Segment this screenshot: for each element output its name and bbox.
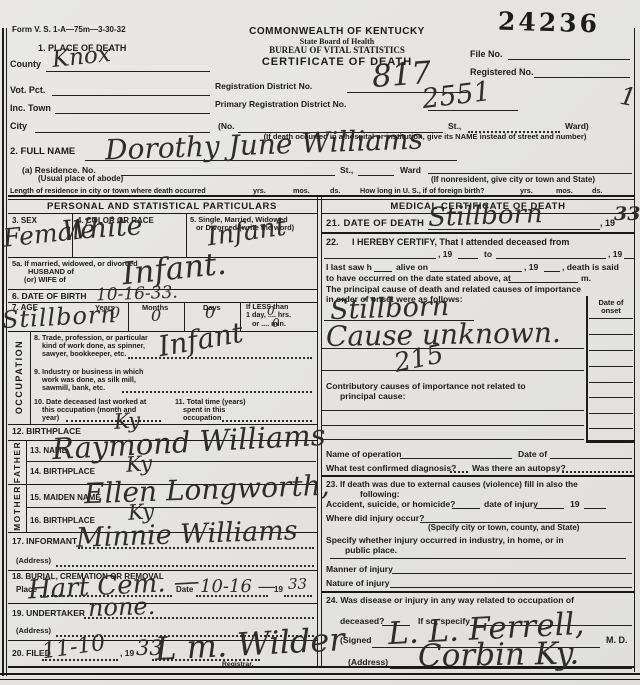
- autopsy-label: Was there an autopsy?: [472, 464, 566, 473]
- age-min-handwriting: 0: [272, 317, 280, 329]
- length-residence-label: Length of residence in city or town wher…: [10, 187, 206, 195]
- vot-pct-line: [52, 95, 210, 96]
- age-years-divider: [128, 302, 129, 331]
- age-handwriting: Stillborn: [1, 302, 117, 332]
- cause-code-handwriting: 215: [392, 341, 446, 377]
- injury-date-line: [536, 508, 564, 509]
- date-of-death-handwriting: Stillborn: [428, 201, 544, 231]
- table-top-rule-heavy: [8, 195, 635, 197]
- bottom-rule-thin: [0, 679, 640, 680]
- specify-blank-line: [330, 558, 626, 559]
- onset-row-line-1: [589, 318, 633, 319]
- physician-address-handwriting: Corbin Ky.: [418, 639, 580, 673]
- informant-handwriting: Minnie Williams: [76, 517, 298, 552]
- operation-label: Name of operation: [326, 450, 401, 459]
- trade-dots: [128, 357, 312, 359]
- reg-district-label: Registration District No.: [215, 82, 312, 91]
- saw-line2: to have occurred on the date stated abov…: [326, 274, 511, 283]
- age-months-handwriting: 0: [151, 308, 161, 324]
- file-no-line: [508, 59, 630, 60]
- date-of-label: Date of: [518, 450, 547, 459]
- saw-line2-blank: [508, 282, 578, 283]
- father-strip-divider: [26, 440, 27, 484]
- saw-year-printed: , 19: [524, 263, 538, 272]
- certify-year2-line: [624, 258, 634, 259]
- husband-label-line3: (or) WIFE of: [24, 276, 66, 284]
- burial-date-handwriting: 10-16 —: [200, 578, 276, 596]
- operation-line: [400, 458, 512, 459]
- cause-line3: [322, 370, 584, 371]
- certify-text: I HEREBY CERTIFY, That I attended deceas…: [352, 238, 569, 248]
- physician-address-label: (Address): [348, 658, 388, 667]
- undertaker-address-label: (Address): [16, 627, 51, 635]
- injury-year-line: [584, 508, 606, 509]
- md-label: M. D.: [606, 636, 628, 646]
- dod-year-handwriting: 33: [614, 205, 640, 224]
- city-label: City: [10, 122, 27, 132]
- contributory-line3: [322, 439, 584, 440]
- injury-year-printed: 19: [570, 500, 580, 509]
- death-certificate-sheet: Form V. S. 1-A—75m—3-30-32 24236 COMMONW…: [0, 0, 640, 685]
- test-label: What test confirmed diagnosis?: [326, 464, 456, 473]
- residence-ward-line: [428, 173, 632, 174]
- external-label-line1: 23. If death was due to external causes …: [326, 480, 578, 489]
- rule-under-autopsy: [322, 475, 634, 477]
- rule-under-21: [322, 232, 634, 234]
- primary-district-label: Primary Registration District No.: [215, 100, 346, 109]
- saw-blank1: [374, 271, 392, 272]
- inc-town-label: Inc. Town: [10, 104, 51, 114]
- date-of-death-label: 21. DATE OF DEATH: [326, 219, 424, 229]
- length-yrs-label: yrs.: [253, 187, 266, 195]
- onset-box-divider: [586, 296, 588, 442]
- us-mos-label: mos.: [556, 187, 573, 195]
- us-ds-label: ds.: [592, 187, 602, 195]
- residence-ward-label: Ward: [400, 166, 421, 175]
- dod-year-printed: , 19: [600, 219, 615, 229]
- informant-label: 17. INFORMANT: [12, 537, 77, 546]
- onset-row-line-5: [589, 382, 633, 383]
- residence-st-line: [358, 175, 394, 176]
- rule-under-nature: [322, 591, 634, 593]
- manner-label: Manner of injury: [326, 565, 393, 574]
- county-label: County: [10, 60, 41, 70]
- left-border-inner: [6, 28, 7, 676]
- onset-header-line2: onset: [588, 307, 634, 315]
- serial-stamp: 24236: [498, 7, 601, 39]
- vot-pct-label: Vot. Pct.: [10, 86, 45, 96]
- test-dots: [450, 471, 468, 473]
- personal-section-title: PERSONAL AND STATISTICAL PARTICULARS: [8, 202, 316, 212]
- full-name-label: 2. FULL NAME: [10, 147, 75, 157]
- father-name-handwriting: Raymond Williams: [51, 421, 326, 464]
- saw-blank3: [544, 271, 560, 272]
- last-worked-label-line3: year): [42, 414, 59, 422]
- specify-label-line2: public place.: [345, 546, 397, 555]
- contributory-label-line1: Contributory causes of importance not re…: [326, 382, 526, 391]
- where-injury-label: Where did injury occur?: [326, 514, 424, 523]
- external-label-line2: following:: [360, 490, 400, 499]
- m-label: m.: [581, 274, 591, 283]
- certify-year1-line: [458, 258, 478, 259]
- accident-label: Accident, suicide, or homicide?: [326, 500, 455, 509]
- mother-strip-divider: [26, 484, 27, 532]
- trade-handwriting: Infant: [156, 319, 245, 361]
- saw-line1b: alive on: [396, 263, 428, 272]
- right-border: [634, 28, 635, 672]
- saw-line1c: , death is said: [562, 263, 619, 272]
- undertaker-handwriting: none.: [88, 594, 156, 620]
- industry-label-line3: sawmill, bank, etc.: [42, 384, 105, 392]
- injury-date-label: date of injury: [484, 500, 538, 509]
- father-birthplace-handwriting: Ky: [125, 453, 153, 476]
- onset-row-line-6: [589, 397, 633, 398]
- mother-side-label: MOTHER: [12, 485, 22, 531]
- occupation-strip-divider: [30, 331, 31, 424]
- form-number: Form V. S. 1-A—75m—3-30-32: [12, 26, 126, 35]
- saw-blank2: [430, 271, 522, 272]
- saw-line1a: I last saw h: [326, 263, 372, 272]
- deceased-label: deceased?: [340, 617, 384, 626]
- nature-line: [390, 587, 632, 588]
- age-less-label-line3: or .... min.: [252, 320, 286, 328]
- q24-label: 24. Was disease or injury in any way rel…: [326, 596, 574, 605]
- specify-label-line1: Specify whether injury occurred in indus…: [326, 536, 564, 545]
- certify-line-from: [324, 258, 436, 259]
- age-days-handwriting: 0: [205, 305, 215, 321]
- onset-row-line-3: [589, 350, 633, 351]
- certify-year2-printed: , 19: [608, 250, 622, 259]
- undertaker-label: 19. UNDERTAKER: [12, 609, 85, 618]
- left-border-outer: [2, 28, 4, 676]
- bureau-subtitle: BUREAU OF VITAL STATISTICS: [222, 46, 452, 56]
- father-birthplace-label: 14. BIRTHPLACE: [30, 468, 95, 477]
- contributory-line1: [322, 410, 584, 411]
- industry-dots: [122, 391, 312, 393]
- nature-label: Nature of injury: [326, 579, 390, 588]
- accident-line: [452, 508, 480, 509]
- manner-line: [392, 573, 632, 574]
- file-no-label: File No.: [470, 50, 503, 60]
- onset-box-bottom: [586, 440, 634, 443]
- onset-row-line-2: [589, 334, 633, 335]
- abode-note: (Usual place of abode): [38, 175, 123, 184]
- father-side-label: FATHER: [12, 439, 22, 485]
- onset-row-line-8: [589, 428, 633, 429]
- trade-label-line3: sawyer, bookkeeper, etc.: [42, 350, 126, 358]
- contributory-line2: [322, 425, 584, 426]
- city-ward-label: Ward): [565, 122, 589, 131]
- registrar-signature-handwriting: L m. Wilder: [154, 623, 345, 665]
- county-handwriting: Knox: [51, 43, 112, 72]
- occupation-side-label: OCCUPATION: [14, 331, 24, 423]
- contributory-label-line2: principal cause:: [340, 392, 405, 401]
- certify-line-to: [496, 258, 606, 259]
- mother-name-handwriting: Ellen Longworth,: [84, 472, 330, 509]
- margin-mark-handwriting: 1: [618, 83, 638, 110]
- burial-year-dots: [284, 595, 312, 597]
- color-handwriting: White: [61, 212, 143, 245]
- registered-no-line: [534, 77, 630, 78]
- certify-to-label: to: [484, 250, 492, 259]
- dob-label: 6. DATE OF BIRTH: [12, 292, 86, 301]
- residence-st-label: St.,: [340, 166, 353, 175]
- us-yrs-label: yrs.: [520, 187, 533, 195]
- inc-town-line: [55, 113, 210, 114]
- certify-year1-printed: , 19: [438, 250, 452, 259]
- how-long-us-label: How long in U. S., if of foreign birth?: [360, 187, 485, 195]
- full-name-handwriting: Dorothy June Williams: [105, 125, 424, 164]
- onset-row-line-4: [589, 366, 633, 367]
- onset-row-line-7: [589, 413, 633, 414]
- primary-district-handwriting: 2551: [421, 78, 492, 113]
- city-st-label: St.,: [448, 122, 461, 131]
- cause-unknown-handwriting: Cause unknown.: [326, 319, 561, 351]
- certify-number: 22.: [326, 238, 339, 248]
- nonresident-note: (If nonresident, give city or town and S…: [431, 176, 595, 185]
- filed-year-printed: , 19: [120, 649, 134, 658]
- age-years-handwriting: 0: [110, 305, 120, 321]
- burial-year-handwriting: 33: [288, 577, 307, 592]
- informant-address-label: (Address): [16, 557, 51, 565]
- length-ds-label: ds.: [330, 187, 340, 195]
- where-note: (Specify city or town, county, and State…: [428, 524, 579, 533]
- length-mos-label: mos.: [293, 187, 310, 195]
- date-of-line: [550, 458, 632, 459]
- total-time-label-line3: occupation: [183, 414, 221, 422]
- residence-line: [122, 175, 335, 176]
- autopsy-dots: [562, 471, 632, 473]
- bottom-rule-heavy: [0, 673, 640, 675]
